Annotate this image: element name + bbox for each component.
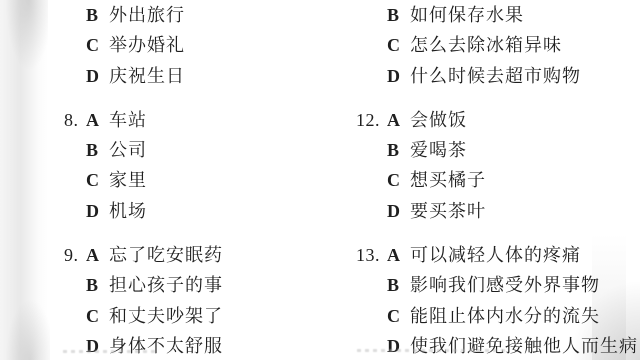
answer-row: D 什么时候去超市购物 — [356, 61, 638, 91]
answer-row: C 举办婚礼 — [64, 30, 223, 60]
answer-row: D 机场 — [64, 196, 223, 226]
option-text: 会做饭 — [410, 105, 467, 135]
option-text: 怎么去除冰箱异味 — [410, 30, 562, 60]
option-group-q12: 12. A 会做饭 B 爱喝茶 C 想买橘子 D 要买茶叶 — [356, 105, 638, 226]
option-text: 庆祝生日 — [109, 61, 185, 91]
option-letter: D — [86, 331, 109, 360]
option-text: 爱喝茶 — [410, 135, 467, 165]
option-text: 影响我们感受外界事物 — [410, 270, 600, 300]
option-group-q11-partial: B 如何保存水果 C 怎么去除冰箱异味 D 什么时候去超市购物 — [356, 0, 638, 91]
option-text: 外出旅行 — [109, 0, 185, 30]
option-text: 什么时候去超市购物 — [410, 61, 581, 91]
option-text: 机场 — [109, 196, 147, 226]
question-number: 13. — [356, 240, 387, 270]
options-column-left: B 外出旅行 C 举办婚礼 D 庆祝生日 8. A 车站 B 公司 C 家里 — [64, 0, 223, 360]
option-text: 家里 — [109, 165, 147, 195]
answer-row: B 公司 — [64, 135, 223, 165]
option-letter: B — [86, 135, 109, 165]
option-letter: B — [86, 0, 109, 30]
answer-row: C 想买橘子 — [356, 165, 638, 195]
answer-row: B 如何保存水果 — [356, 0, 638, 30]
option-letter: C — [387, 30, 410, 60]
answer-row: C 能阻止体内水分的流失 — [356, 301, 638, 331]
option-text: 担心孩子的事 — [109, 270, 223, 300]
option-group-q8: 8. A 车站 B 公司 C 家里 D 机场 — [64, 105, 223, 226]
option-letter: D — [86, 196, 109, 226]
option-letter: D — [387, 331, 410, 360]
option-letter: C — [86, 165, 109, 195]
answer-row: C 和丈夫吵架了 — [64, 301, 223, 331]
answer-row: D 庆祝生日 — [64, 61, 223, 91]
option-letter: A — [86, 105, 109, 135]
page-shadow-left — [0, 0, 48, 360]
question-number: 12. — [356, 105, 387, 135]
option-text: 能阻止体内水分的流失 — [410, 301, 600, 331]
option-letter: A — [86, 240, 109, 270]
answer-row: 8. A 车站 — [64, 105, 223, 135]
page-shadow-top-left-corner — [6, 0, 48, 70]
option-letter: D — [86, 61, 109, 91]
option-letter: B — [387, 135, 410, 165]
option-letter: B — [86, 270, 109, 300]
option-text: 如何保存水果 — [410, 0, 524, 30]
question-number: 8. — [64, 105, 86, 135]
option-text: 举办婚礼 — [109, 30, 185, 60]
page-shadow-bottom-left-corner — [6, 300, 50, 360]
option-text: 想买橘子 — [410, 165, 486, 195]
answer-row: 12. A 会做饭 — [356, 105, 638, 135]
option-text: 可以减轻人体的疼痛 — [410, 240, 581, 270]
answer-row: B 担心孩子的事 — [64, 270, 223, 300]
option-text: 忘了吃安眠药 — [109, 240, 223, 270]
option-letter: A — [387, 240, 410, 270]
option-text: 公司 — [109, 135, 147, 165]
answer-row: B 影响我们感受外界事物 — [356, 270, 638, 300]
option-letter: C — [86, 30, 109, 60]
answer-row: B 爱喝茶 — [356, 135, 638, 165]
option-text: 车站 — [109, 105, 147, 135]
option-letter: B — [387, 270, 410, 300]
option-text: 使我们避免接触他人而生病 — [410, 331, 638, 360]
option-letter: C — [86, 301, 109, 331]
option-letter: D — [387, 61, 410, 91]
option-group-q13: 13. A 可以减轻人体的疼痛 B 影响我们感受外界事物 C 能阻止体内水分的流… — [356, 240, 638, 360]
option-letter: C — [387, 165, 410, 195]
answer-row: C 家里 — [64, 165, 223, 195]
option-letter: C — [387, 301, 410, 331]
answer-row: D 要买茶叶 — [356, 196, 638, 226]
options-column-right: B 如何保存水果 C 怎么去除冰箱异味 D 什么时候去超市购物 12. A 会做… — [356, 0, 638, 360]
question-number: 9. — [64, 240, 86, 270]
option-letter: D — [387, 196, 410, 226]
option-group-q9: 9. A 忘了吃安眠药 B 担心孩子的事 C 和丈夫吵架了 D 身体不太舒服 — [64, 240, 223, 360]
answer-row: B 外出旅行 — [64, 0, 223, 30]
answer-row: 9. A 忘了吃安眠药 — [64, 240, 223, 270]
option-group-q7-partial: B 外出旅行 C 举办婚礼 D 庆祝生日 — [64, 0, 223, 91]
option-letter: A — [387, 105, 410, 135]
answer-row: D 使我们避免接触他人而生病 — [356, 331, 638, 360]
answer-row: 13. A 可以减轻人体的疼痛 — [356, 240, 638, 270]
answer-row: D 身体不太舒服 — [64, 331, 223, 360]
option-text: 和丈夫吵架了 — [109, 301, 223, 331]
answer-row: C 怎么去除冰箱异味 — [356, 30, 638, 60]
option-text: 要买茶叶 — [410, 196, 486, 226]
option-text: 身体不太舒服 — [109, 331, 223, 360]
option-letter: B — [387, 0, 410, 30]
